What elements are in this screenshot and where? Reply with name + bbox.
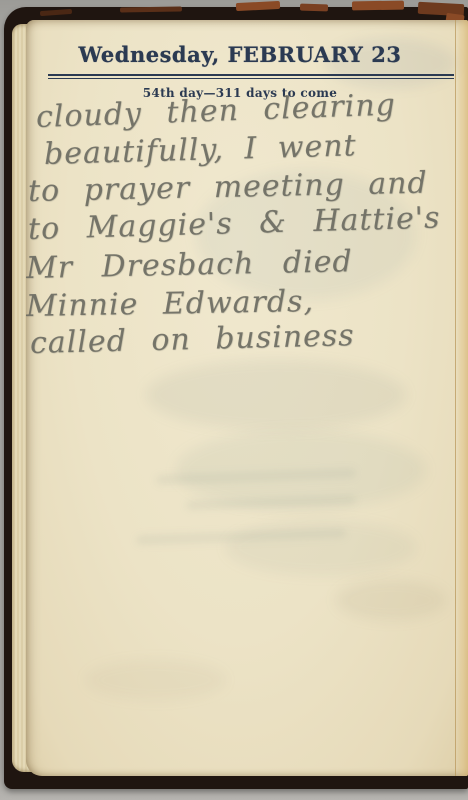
printed-date-title: Wednesday, FEBRUARY 23 <box>26 42 454 67</box>
printed-header: Wednesday, FEBRUARY 23 <box>26 42 468 67</box>
handwritten-entry-line: Mr Dresbach died <box>26 244 353 286</box>
page-gutter <box>455 20 468 776</box>
scanned-diary-page-photo: Wednesday, FEBRUARY 23 54th day—311 days… <box>0 0 468 800</box>
double-rule-divider <box>48 74 454 79</box>
handwritten-entry-line: beautifully, I went <box>44 128 358 172</box>
torn-cover-edge <box>352 1 404 11</box>
handwritten-entry-line: Minnie Edwards, <box>26 284 314 324</box>
bleed-through-smudge <box>336 580 446 620</box>
diary-page: Wednesday, FEBRUARY 23 54th day—311 days… <box>26 20 468 776</box>
handwritten-entry-line: called on business <box>30 318 355 361</box>
torn-cover-edge <box>300 4 328 12</box>
bleed-through-smudge <box>86 660 226 700</box>
bleed-through-smudge <box>146 360 406 430</box>
